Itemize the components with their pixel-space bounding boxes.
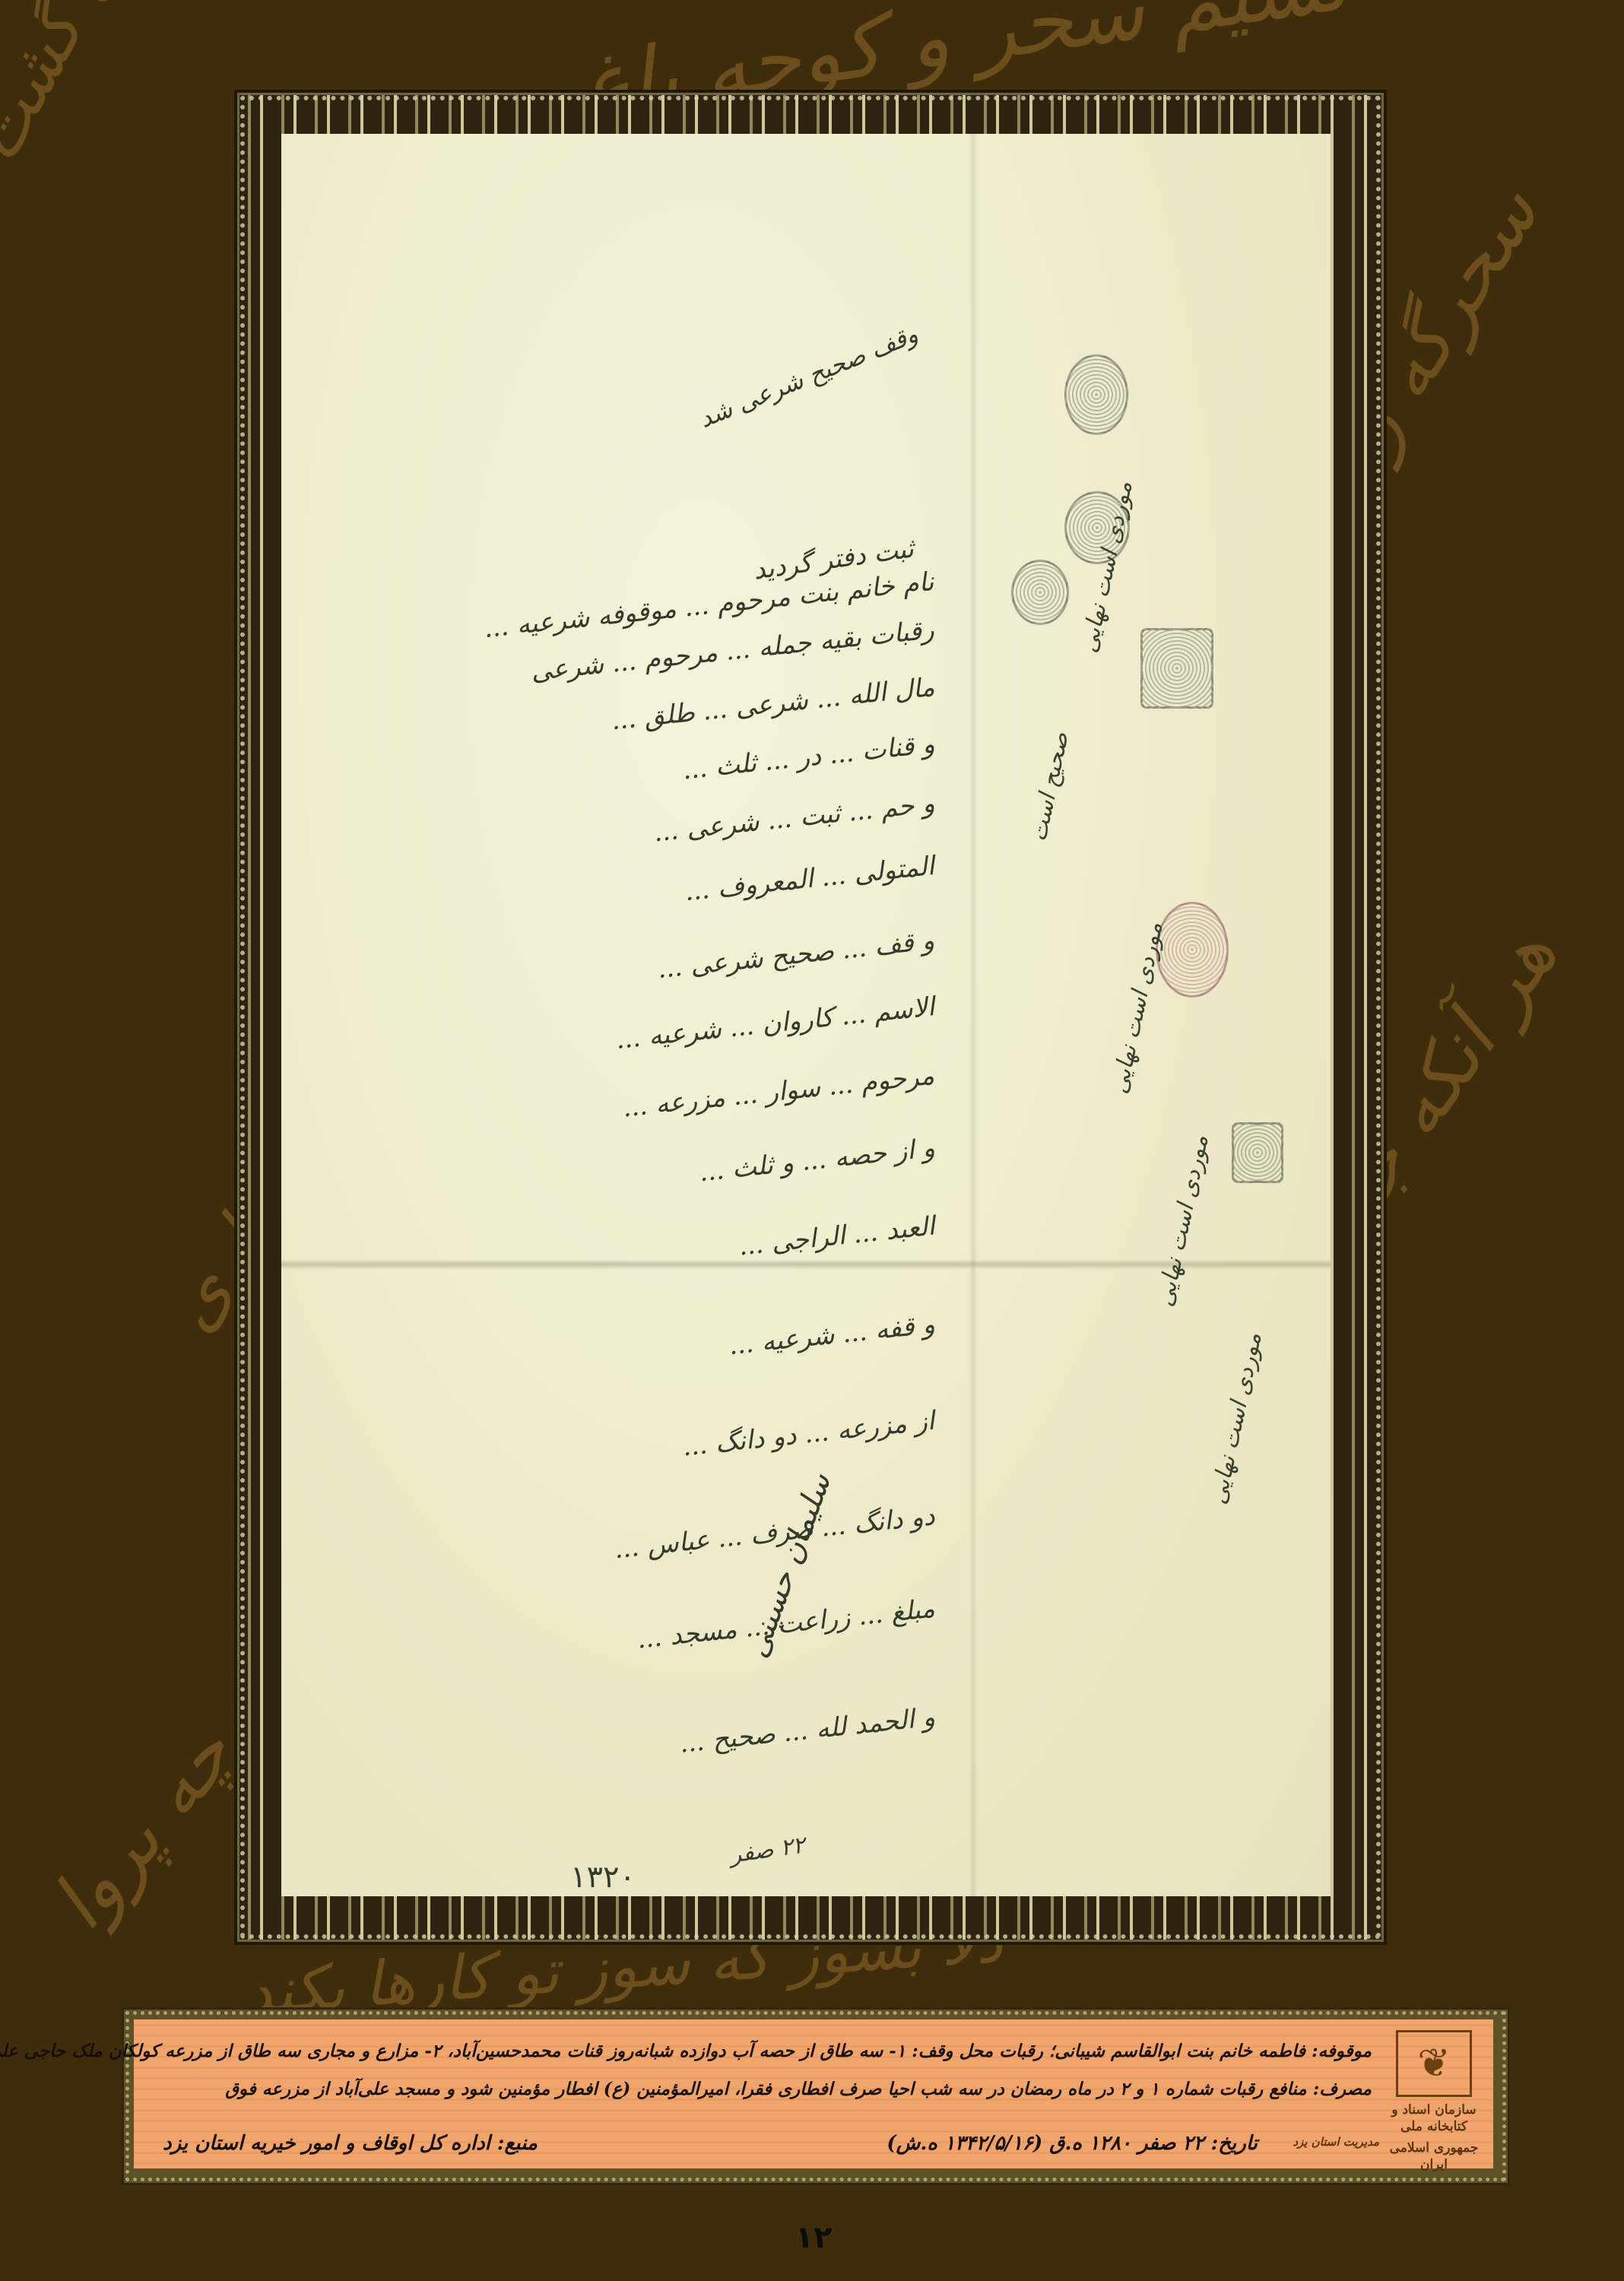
header-right: وقف صحیح شرعی شد — [695, 319, 921, 433]
caption-source: منبع: اداره کل اوقاف و امور خیریه استان … — [163, 2132, 538, 2155]
library-logo: ❦ سازمان اسناد و کتابخانه ملی جمهوری اسل… — [1388, 2030, 1480, 2173]
document-paper: ثبت دفتر گردید وقف صحیح شرعی شد نام خانم… — [281, 134, 1331, 1896]
body-line: و قف ... صحیح شرعی ... — [656, 925, 936, 985]
body-line: المتولی ... المعروف ... — [684, 851, 936, 907]
seal-stamp — [1232, 1122, 1283, 1183]
seal-stamp — [1140, 628, 1213, 709]
seal-stamp — [1156, 902, 1229, 998]
margin-note: موردی است نهایی — [1152, 1133, 1214, 1309]
body-line: و حم ... ثبت ... شرعی ... — [652, 788, 936, 849]
book-tree-icon: ❦ — [1396, 2030, 1472, 2097]
caption-bar: ❦ سازمان اسناد و کتابخانه ملی جمهوری اسل… — [134, 2019, 1493, 2168]
written-date: ۲۲ صفر — [728, 1832, 807, 1868]
caption-department: مدیریت استان یزد — [1293, 2135, 1379, 2149]
margin-note: صحیح است — [1025, 730, 1074, 844]
body-line: و قنات ... در ... ثلث ... — [681, 729, 936, 786]
seal-stamp — [1011, 560, 1069, 625]
caption-subject: موقوفه: فاطمه خانم بنت ابوالقاسم شیبانی؛… — [0, 2041, 1372, 2061]
margin-note: موردی است نهایی — [1106, 920, 1169, 1096]
written-year: ۱۳۲۰ — [570, 1860, 636, 1895]
logo-text-1: سازمان اسناد و کتابخانه ملی — [1388, 2102, 1480, 2135]
body-line: و الحمد لله ... صحیح ... — [677, 1702, 936, 1759]
body-line: العبد ... الراجی ... — [737, 1211, 937, 1262]
body-line: مرحوم ... سوار ... مزرعه ... — [621, 1061, 936, 1124]
margin-note: موردی است نهایی — [1205, 1331, 1267, 1507]
caption-usage: مصرف: منافع رقبات شماره ۱ و ۲ در ماه رمض… — [225, 2079, 1372, 2099]
logo-text-2: جمهوری اسلامی ایران — [1388, 2140, 1480, 2173]
paper-fold — [969, 134, 977, 1896]
caption-date: تاریخ: ۲۲ صفر ۱۲۸۰ ه.ق (۱۳۴۲/۵/۱۶ ه.ش) — [887, 2132, 1258, 2155]
body-line: و از حصه ... و ثلث ... — [698, 1133, 937, 1188]
page-number: ۱۲ — [791, 2220, 836, 2255]
seal-stamp — [1064, 354, 1128, 435]
body-line: و قفه ... شرعیه ... — [727, 1309, 936, 1361]
body-line: الاسم ... کاروان ... شرعیه ... — [614, 991, 936, 1055]
body-line: مال الله ... شرعی ... طلق ... — [610, 672, 936, 736]
body-line: از مزرعه ... دو دانگ ... — [681, 1406, 936, 1463]
